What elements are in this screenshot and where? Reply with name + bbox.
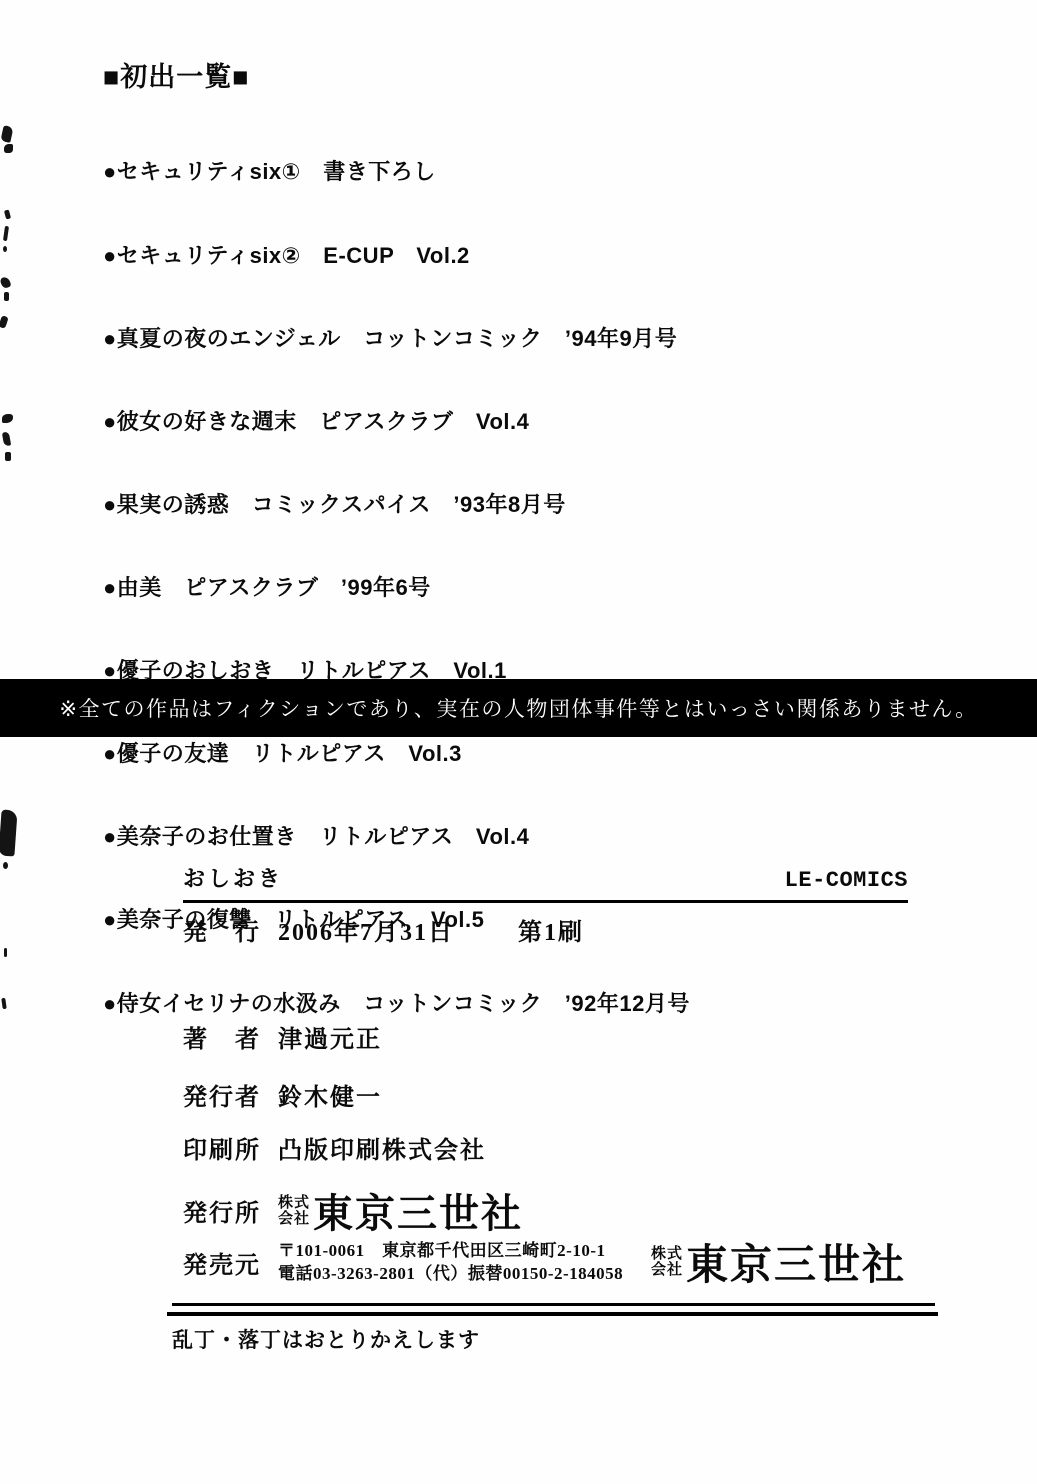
company-prefix: 株式 会社 — [278, 1195, 310, 1227]
publisher-person-row: 発行者 鈴木健一 — [183, 1077, 382, 1112]
publishing-house-label: 発行所 — [183, 1193, 278, 1228]
list-item: ●優子の友達 リトルピアス Vol.3 — [103, 740, 690, 768]
book-title: おしおき — [183, 862, 283, 893]
replacement-note: 乱丁・落丁はおとりかえします — [172, 1324, 480, 1354]
scanned-colophon-page: ■初出一覧■ ●セキュリティsix① 書き下ろし ●セキュリティsix② E-C… — [0, 0, 1037, 1484]
disclaimer-banner: ※全ての作品はフィクションであり、実在の人物団体事件等とはいっさい関係ありません… — [0, 679, 1037, 737]
list-item: ●真夏の夜のエンジェル コットンコミック ’94年9月号 — [103, 325, 690, 353]
publishing-house-row: 発行所 株式 会社 東京三世社 — [183, 1182, 523, 1239]
list-item: ●セキュリティsix① 書き下ろし — [103, 158, 690, 186]
list-item: ●侍女イセリナの水汲み コットンコミック ’92年12月号 — [103, 990, 690, 1018]
publishing-house-company: 株式 会社 東京三世社 — [278, 1182, 523, 1239]
phone-line: 電話03-3263-2801（代）振替00150-2-184058 — [278, 1262, 613, 1285]
company-name: 東京三世社 — [686, 1232, 906, 1292]
scan-artifact — [0, 276, 12, 289]
list-item: ●彼女の好きな週末 ピアスクラブ Vol.4 — [103, 408, 690, 436]
scan-artifact — [0, 809, 18, 856]
scan-artifact — [0, 125, 13, 143]
printer-name: 凸版印刷株式会社 — [278, 1130, 486, 1165]
distributor-row: 発売元 〒101-0061 東京都千代田区三崎町2-10-1 電話03-3263… — [183, 1232, 906, 1292]
scan-artifact — [0, 315, 9, 329]
scan-artifact — [3, 246, 7, 252]
scan-artifact — [3, 226, 9, 241]
scan-artifact — [4, 948, 7, 957]
company-prefix-bottom: 会社 — [278, 1211, 310, 1227]
author-label: 著 者 — [183, 1019, 278, 1054]
author-name: 津過元正 — [278, 1019, 382, 1054]
company-name: 東京三世社 — [313, 1182, 523, 1239]
scan-artifact — [4, 210, 11, 220]
colophon-title-row: おしおき LE-COMICS — [183, 862, 908, 903]
first-publication-heading: ■初出一覧■ — [103, 55, 690, 94]
scan-artifact — [5, 452, 11, 461]
scan-artifact — [2, 431, 11, 446]
scan-artifact — [3, 862, 8, 869]
publication-date: 2006年7月31日 — [278, 912, 454, 947]
distributor-label: 発売元 — [183, 1245, 278, 1280]
company-prefix: 株式 会社 — [651, 1246, 683, 1278]
imprint-label: LE-COMICS — [785, 868, 908, 893]
company-prefix-bottom: 会社 — [651, 1262, 683, 1278]
list-item: ●果実の誘惑 コミックスパイス ’93年8月号 — [103, 491, 690, 519]
publisher-person-name: 鈴木健一 — [278, 1077, 382, 1112]
publication-date-row: 発 行 2006年7月31日 第1刷 — [183, 912, 584, 947]
disclaimer-text: ※全ての作品はフィクションであり、実在の人物団体事件等とはいっさい関係ありません… — [59, 693, 977, 723]
scan-artifact — [1, 998, 6, 1009]
author-row: 著 者 津過元正 — [183, 1019, 382, 1054]
distributor-address: 〒101-0061 東京都千代田区三崎町2-10-1 電話03-3263-280… — [278, 1239, 613, 1285]
scan-artifact — [4, 292, 9, 301]
company-prefix-top: 株式 — [651, 1246, 683, 1262]
divider-rule-thin — [172, 1303, 935, 1306]
divider-rule-thick — [167, 1312, 938, 1316]
company-prefix-top: 株式 — [278, 1195, 310, 1211]
publisher-person-label: 発行者 — [183, 1077, 278, 1112]
printer-row: 印刷所 凸版印刷株式会社 — [183, 1130, 486, 1165]
list-item: ●美奈子のお仕置き リトルピアス Vol.4 — [103, 823, 690, 851]
list-item: ●由美 ピアスクラブ ’99年6号 — [103, 574, 690, 602]
list-item: ●セキュリティsix② E-CUP Vol.2 — [103, 242, 690, 270]
scan-artifact — [2, 414, 13, 423]
distributor-company: 株式 会社 東京三世社 — [651, 1232, 906, 1292]
postal-address: 〒101-0061 東京都千代田区三崎町2-10-1 — [278, 1239, 613, 1262]
scan-artifact — [4, 144, 13, 153]
printing-number: 第1刷 — [518, 912, 584, 947]
printer-label: 印刷所 — [183, 1130, 278, 1165]
publication-label: 発 行 — [183, 912, 278, 947]
